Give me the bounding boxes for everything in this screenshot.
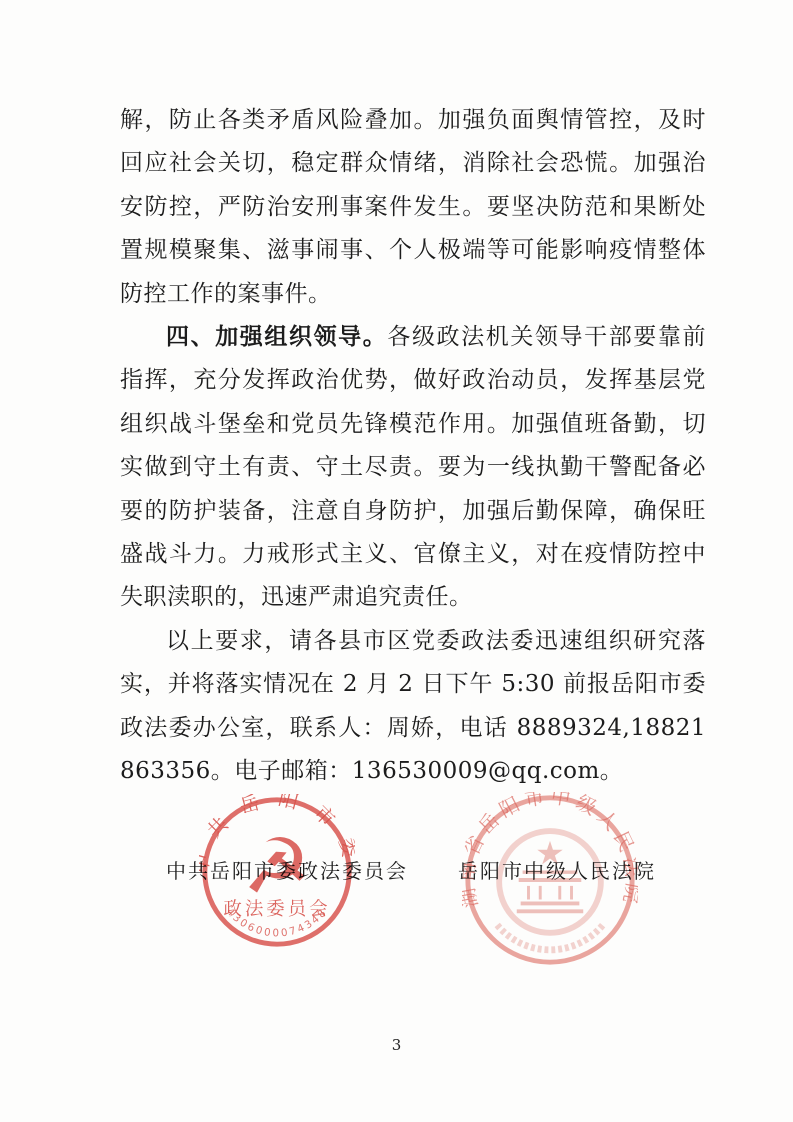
section-heading: 四、加强组织领导。 xyxy=(166,324,387,350)
paragraph-closing: 以上要求，请各县市区党委政法委迅速组织研究落实，并将落实情况在 2 月 2 日下… xyxy=(120,620,706,794)
party-seal-graphic: 中共岳阳市委 ☭ 政法委员会 4306000074348 xyxy=(199,794,355,950)
document-body: 解，防止各类矛盾风险叠加。加强负面舆情管控，及时回应社会关切，稳定群众情绪，消除… xyxy=(120,99,706,794)
emblem-star xyxy=(537,841,562,864)
paragraph-text: 各级政法机关领导干部要靠前指挥，充分发挥政治优势，做好政治动员，发挥基层党组织战… xyxy=(120,324,706,610)
emblem-columns xyxy=(528,886,571,900)
paragraph-section-4: 四、加强组织领导。各级政法机关领导干部要靠前指挥，充分发挥政治优势，做好政治动员… xyxy=(120,316,706,620)
court-seal: 湖南省岳阳市中级人民法院 xyxy=(462,792,638,968)
seal-smudge-arc xyxy=(497,925,603,950)
page-number: 3 xyxy=(0,1036,793,1054)
national-emblem-icon xyxy=(499,831,601,933)
document-page: 解，防止各类矛盾风险叠加。加强负面舆情管控，及时回应社会关切，稳定群众情绪，消除… xyxy=(0,0,793,1122)
hammer-sickle-icon: ☭ xyxy=(243,821,311,910)
paragraph-continued: 解，防止各类矛盾风险叠加。加强负面舆情管控，及时回应社会关切，稳定群众情绪，消除… xyxy=(120,99,706,316)
party-committee-seal: 中共岳阳市委 ☭ 政法委员会 4306000074348 xyxy=(199,794,355,950)
paragraph-text: 解，防止各类矛盾风险叠加。加强负面舆情管控，及时回应社会关切，稳定群众情绪，消除… xyxy=(120,107,706,307)
paragraph-text: 以上要求，请各县市区党委政法委迅速组织研究落实，并将落实情况在 2 月 2 日下… xyxy=(120,628,706,784)
court-seal-graphic: 湖南省岳阳市中级人民法院 xyxy=(462,792,638,968)
